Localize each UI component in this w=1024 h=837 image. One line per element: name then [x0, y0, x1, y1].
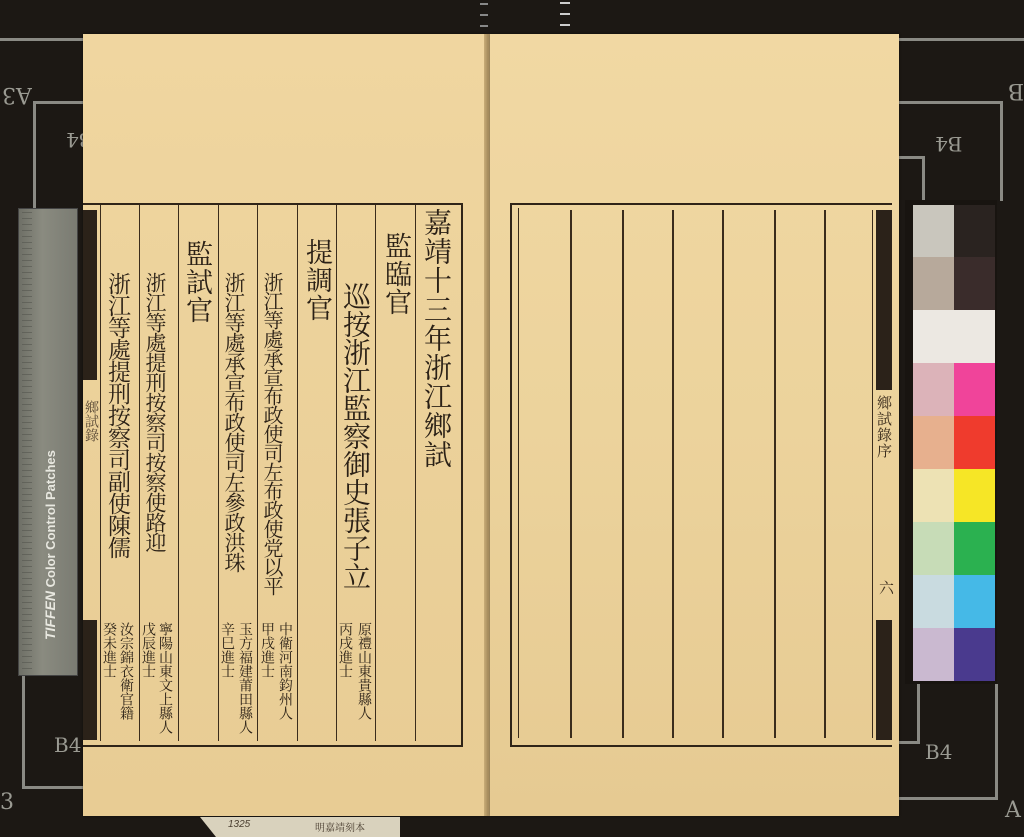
color-patch — [913, 469, 954, 522]
mat-bottom-left-side — [22, 674, 25, 789]
col-rule — [570, 210, 572, 738]
col-rule — [774, 210, 776, 738]
tiffen-brand: TIFFEN — [42, 591, 58, 640]
official-note: 辛巳進士 — [220, 622, 234, 678]
official-entry: 浙江等處提刑按察司按察使路迎 — [144, 272, 165, 552]
col-rule — [518, 208, 519, 738]
tiffen-caption: Color Control Patches — [43, 450, 58, 587]
mat-right-box-side — [1000, 101, 1003, 201]
mat-label-bottom-left-box: B4 — [54, 733, 81, 757]
exam-title: 嘉靖十三年浙江鄉試 — [422, 208, 450, 469]
color-patch — [954, 416, 995, 469]
col-rule — [178, 205, 179, 741]
section-heading-tidiaoguan: 提調官 — [303, 238, 330, 322]
mat-bottom-right-bottom — [899, 797, 998, 800]
left-fishtail-block-bottom — [83, 620, 97, 740]
color-patch — [954, 205, 995, 257]
col-rule — [375, 205, 376, 741]
official-note: 寧陽山東文上縣人 — [158, 622, 172, 734]
mat-label-bottom-right-box: B4 — [925, 740, 952, 764]
color-patch — [954, 363, 995, 416]
section-heading-jianshiguan: 監試官 — [183, 240, 210, 324]
mat-bottom-right-side — [995, 684, 998, 800]
color-patch — [954, 522, 995, 575]
mat-top-line — [0, 38, 83, 41]
mat-left-box-side — [33, 101, 36, 211]
col-rule — [824, 210, 826, 738]
mat-bottom-right-inner-side — [917, 684, 920, 744]
mat-right-box-top — [899, 101, 1003, 104]
mat-right-inner-side — [922, 156, 925, 201]
mat-bottom-left-bottom — [22, 786, 83, 789]
col-rule — [622, 210, 624, 738]
color-patch — [954, 628, 995, 681]
color-patch — [913, 257, 954, 310]
official-note: 原禮山東貴縣人 — [357, 622, 371, 720]
top-ruler-ticks — [470, 0, 590, 34]
mat-right-inner-top — [899, 156, 924, 159]
right-fishtail-block-top — [876, 210, 892, 390]
official-note: 癸未進士 — [102, 622, 116, 678]
mat-label-top-left: A3 — [2, 82, 32, 107]
color-patch — [913, 416, 954, 469]
official-entry: 浙江等處提刑按察司副使陳儒 — [105, 272, 128, 558]
color-patch — [913, 575, 954, 628]
mat-left-box-top — [33, 101, 83, 104]
mat-label-top-right: B — [1008, 78, 1024, 103]
color-patch — [954, 469, 995, 522]
section-heading-jianlinguan: 監臨官 — [382, 232, 409, 316]
tiffen-label: TIFFEN Color Control Patches — [42, 450, 58, 640]
col-rule — [872, 210, 873, 738]
official-note: 中衛河南鈞州人 — [278, 622, 292, 720]
tiffen-ruler-ticks — [22, 212, 32, 670]
color-patch — [954, 575, 995, 628]
color-patch — [913, 310, 995, 363]
color-patch — [954, 257, 995, 310]
official-note: 丙戌進士 — [338, 622, 352, 678]
col-rule — [672, 210, 674, 738]
left-margin-label: 鄉試錄 — [84, 400, 98, 442]
official-note: 戊辰進士 — [141, 622, 155, 678]
catalog-slip-number: 1325 — [228, 819, 250, 830]
color-chart — [913, 205, 995, 681]
catalog-slip-text: 明嘉靖刻本 — [315, 819, 365, 834]
color-patch — [913, 522, 954, 575]
official-entry: 浙江等處承宣布政使司左參政洪珠 — [223, 272, 244, 572]
mat-label-bottom-left-corner: 3 — [0, 790, 14, 815]
mat-bottom-right-inner — [899, 741, 919, 744]
mat-label-upper-right-box: B4 — [935, 132, 962, 156]
right-page-frame — [510, 203, 892, 747]
spine-page-number: 六 — [878, 580, 893, 596]
official-note: 玉方福建莆田縣人 — [238, 622, 252, 734]
official-entry: 浙江等處承宣布政使司左布政使党以平 — [262, 272, 282, 595]
official-note: 甲戌進士 — [260, 622, 274, 678]
col-rule — [257, 205, 258, 741]
spine-label: 鄉試錄序 — [876, 395, 891, 459]
color-patch — [913, 363, 954, 416]
col-rule — [415, 205, 416, 741]
mat-top-line-right — [899, 38, 1024, 41]
mat-label-bottom-right-corner: A — [1005, 798, 1021, 823]
left-fishtail-block-top — [83, 210, 97, 380]
color-patch — [913, 205, 954, 257]
right-fishtail-block-bottom — [876, 620, 892, 740]
official-note: 汝宗錦衣衛官籍 — [119, 622, 133, 720]
official-entry: 巡按浙江監察御史張子立 — [341, 282, 369, 590]
color-patch — [913, 628, 954, 681]
col-rule — [722, 210, 724, 738]
col-rule — [297, 205, 298, 741]
